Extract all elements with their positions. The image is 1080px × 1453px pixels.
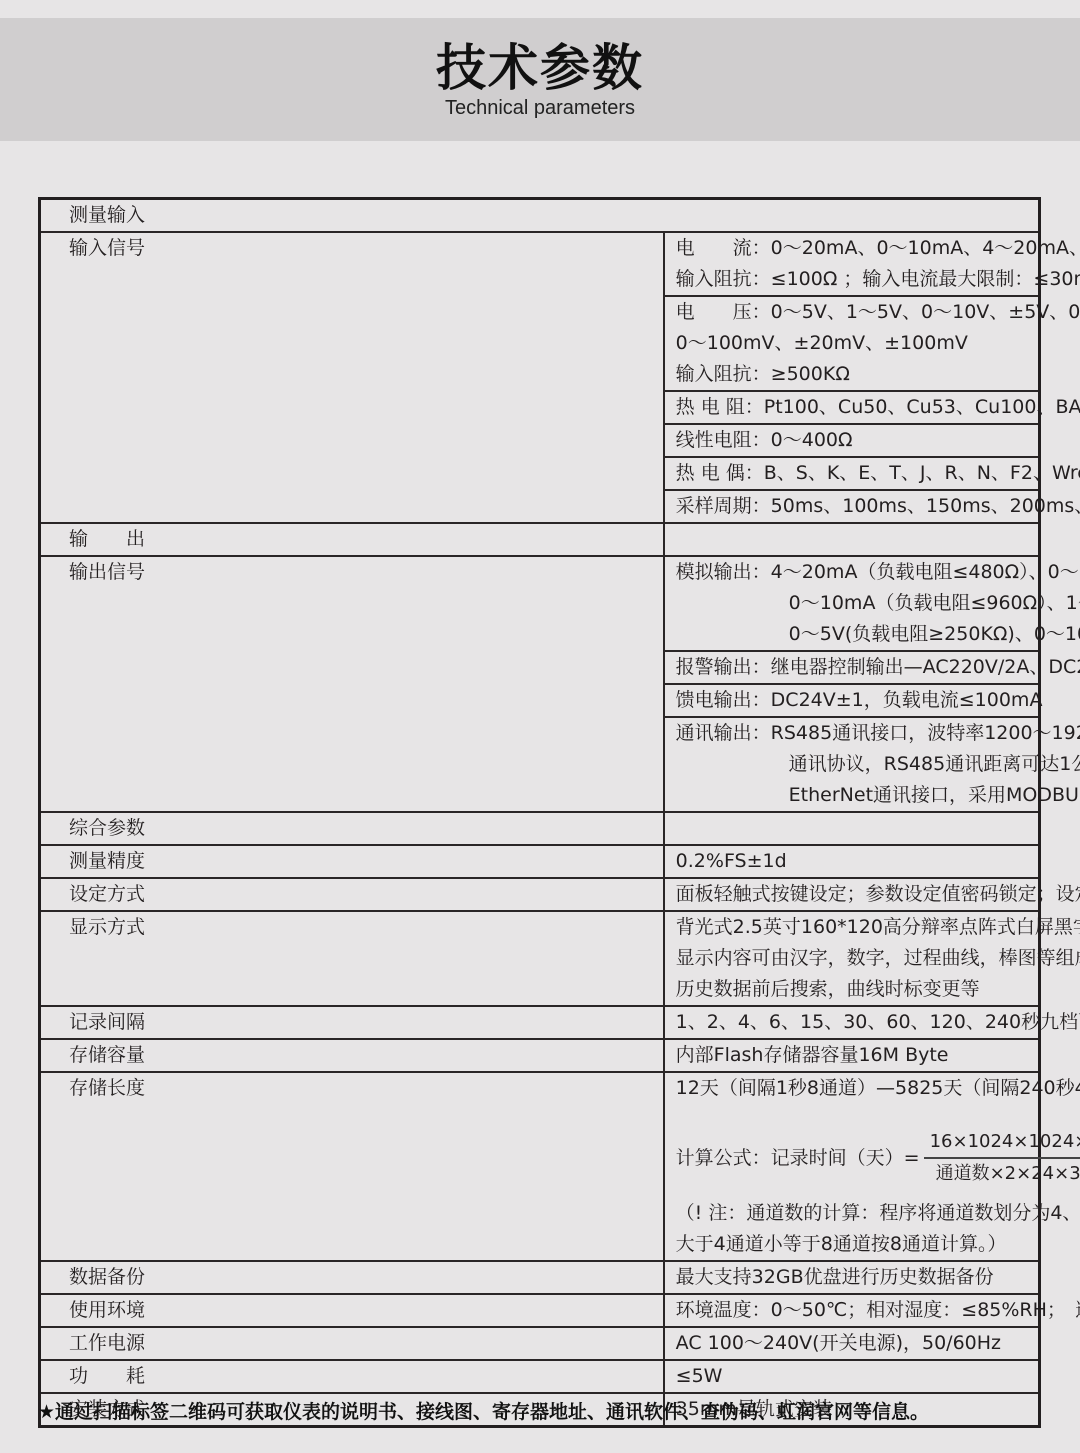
row-label: 测量精度 (40, 845, 664, 878)
formula-numerator: 16×1024×1024×记录间隔(S) (924, 1129, 1080, 1159)
power-consumption-value: ≤5W (664, 1360, 1040, 1393)
analog-output-cont: 0～10mA（负载电阻≤960Ω）、1～5V（负载电阻≥250KΩ） (676, 588, 1038, 619)
section-title: 输 出 (40, 523, 664, 556)
alarm-output: 报警输出：继电器控制输出—AC220V/2A、DC24V/2A（阻性负载） (664, 651, 1040, 684)
environment-value: 环境温度：0～50℃；相对湿度：≤85%RH； 避免强腐蚀气体 (664, 1294, 1040, 1327)
comm-output: 通讯输出：RS485通讯接口，波特率1200～19200bps可设置，采用标MO… (676, 718, 1038, 749)
display-value: 显示内容可由汉字，数字，过程曲线，棒图等组成，通过面板按键可完成画面翻页， (676, 943, 1038, 974)
footer-note: ★通过扫描标签二维码可获取仪表的说明书、接线图、寄存器地址、通讯软件、查伪码、虹… (38, 1397, 929, 1424)
interval-value: 1、2、4、6、15、30、60、120、240秒九档可供选择 (664, 1006, 1040, 1039)
row-label: 使用环境 (40, 1294, 664, 1327)
storage-note: （! 注：通道数的计算：程序将通道数划分为4、8两档，小等于4通道按4通道计算， (676, 1198, 1038, 1229)
storage-formula: 计算公式：记录时间（天）= 16×1024×1024×记录间隔(S) 通道数×2… (676, 1118, 1038, 1198)
row-label: 工作电源 (40, 1327, 664, 1360)
table-row: 测量精度 0.2%FS±1d (40, 845, 1040, 878)
section-title: 测量输入 (40, 199, 1040, 233)
section-input: 测量输入 (40, 199, 1040, 233)
row-label: 数据备份 (40, 1261, 664, 1294)
table-row: 工作电源 AC 100～240V(开关电源)，50/60Hz (40, 1327, 1040, 1360)
table-row: 使用环境 环境温度：0～50℃；相对湿度：≤85%RH； 避免强腐蚀气体 (40, 1294, 1040, 1327)
table-row: 存储容量 内部Flash存储器容量16M Byte (40, 1039, 1040, 1072)
linear-resistance: 线性电阻：0～400Ω (664, 424, 1040, 457)
storage-length: 12天（间隔1秒8通道）—5825天（间隔240秒4通道） (676, 1073, 1038, 1104)
table-row: 输出信号 模拟输出：4～20mA（负载电阻≤480Ω）、0～20mA（负载电阻≤… (40, 556, 1040, 651)
table-row: 输入信号 电 流：0～20mA、0～10mA、4～20mA、0～10mA开方、4… (40, 232, 1040, 296)
accuracy-value: 0.2%FS±1d (664, 845, 1040, 878)
comm-output-cont: 通讯协议，RS485通讯距离可达1公里 (676, 749, 1038, 780)
voltage-impedance: 输入阻抗：≥500KΩ (676, 359, 1038, 390)
storage-note: 大于4通道小等于8通道按8通道计算。） (676, 1229, 1038, 1260)
current-range: 电 流：0～20mA、0～10mA、4～20mA、0～10mA开方、4～20mA… (676, 233, 1038, 264)
setting-value: 面板轻触式按键设定；参数设定值密码锁定；设定值断电永久保存。 (664, 878, 1040, 911)
table-row: 显示方式 背光式2.5英寸160*120高分辩率点阵式白屏黑字液晶屏 显示内容可… (40, 911, 1040, 1006)
feed-output: 馈电输出：DC24V±1，负载电流≤100mA (664, 684, 1040, 717)
row-label: 存储长度 (40, 1072, 664, 1261)
row-label: 输入信号 (40, 232, 664, 523)
page-subtitle: Technical parameters (0, 97, 1080, 120)
section-output: 输 出 (40, 523, 1040, 556)
thermocouple-types: 热 电 偶：B、S、K、E、T、J、R、N、F2、Wre3-25、Wre5-26 (664, 457, 1040, 490)
row-label: 输出信号 (40, 556, 664, 812)
table-row: 存储长度 12天（间隔1秒8通道）—5825天（间隔240秒4通道） 计算公式：… (40, 1072, 1040, 1261)
page-header: 技术参数 Technical parameters (0, 18, 1080, 141)
capacity-value: 内部Flash存储器容量16M Byte (664, 1039, 1040, 1072)
sampling-period: 采样周期：50ms、100ms、150ms、200ms、250ms (664, 490, 1040, 523)
analog-output: 模拟输出：4～20mA（负载电阻≤480Ω）、0～20mA（负载电阻≤480Ω） (676, 557, 1038, 588)
row-label: 设定方式 (40, 878, 664, 911)
rtd-types: 热 电 阻：Pt100、Cu50、Cu53、Cu100、BA1、BA2 (664, 391, 1040, 424)
backup-value: 最大支持32GB优盘进行历史数据备份 (664, 1261, 1040, 1294)
power-supply-value: AC 100～240V(开关电源)，50/60Hz (664, 1327, 1040, 1360)
voltage-range: 电 压：0～5V、1～5V、0～10V、±5V、0～5V开方、1～5V开方、0～… (676, 297, 1038, 328)
row-label: 显示方式 (40, 911, 664, 1006)
spec-table: 测量输入 输入信号 电 流：0～20mA、0～10mA、4～20mA、0～10m… (38, 197, 1041, 1428)
row-label: 功 耗 (40, 1360, 664, 1393)
table-row: 设定方式 面板轻触式按键设定；参数设定值密码锁定；设定值断电永久保存。 (40, 878, 1040, 911)
table-row: 功 耗 ≤5W (40, 1360, 1040, 1393)
display-value: 历史数据前后搜索，曲线时标变更等 (676, 974, 1038, 1005)
current-impedance: 输入阻抗：≤100Ω ；输入电流最大限制：≤30mA (676, 264, 1038, 295)
page-title: 技术参数 (0, 40, 1080, 96)
section-general: 综合参数 (40, 812, 1040, 845)
formula-denominator: 通道数×2×24×3600 (924, 1159, 1080, 1187)
analog-output-cont: 0～5V(负载电阻≥250KΩ)、0～10V（负载电阻≥4KΩ） (676, 619, 1038, 650)
row-label: 记录间隔 (40, 1006, 664, 1039)
voltage-range-cont: 0～100mV、±20mV、±100mV (676, 328, 1038, 359)
row-label: 存储容量 (40, 1039, 664, 1072)
formula-fraction: 16×1024×1024×记录间隔(S) 通道数×2×24×3600 (924, 1129, 1080, 1187)
formula-label: 计算公式：记录时间（天）= (676, 1143, 920, 1174)
table-row: 数据备份 最大支持32GB优盘进行历史数据备份 (40, 1261, 1040, 1294)
table-row: 记录间隔 1、2、4、6、15、30、60、120、240秒九档可供选择 (40, 1006, 1040, 1039)
display-value: 背光式2.5英寸160*120高分辩率点阵式白屏黑字液晶屏 (676, 912, 1038, 943)
section-title: 综合参数 (40, 812, 664, 845)
comm-output-cont: EtherNet通讯接口，采用MODBUS TCP/IP协议，通讯速率为10/1… (676, 780, 1038, 811)
